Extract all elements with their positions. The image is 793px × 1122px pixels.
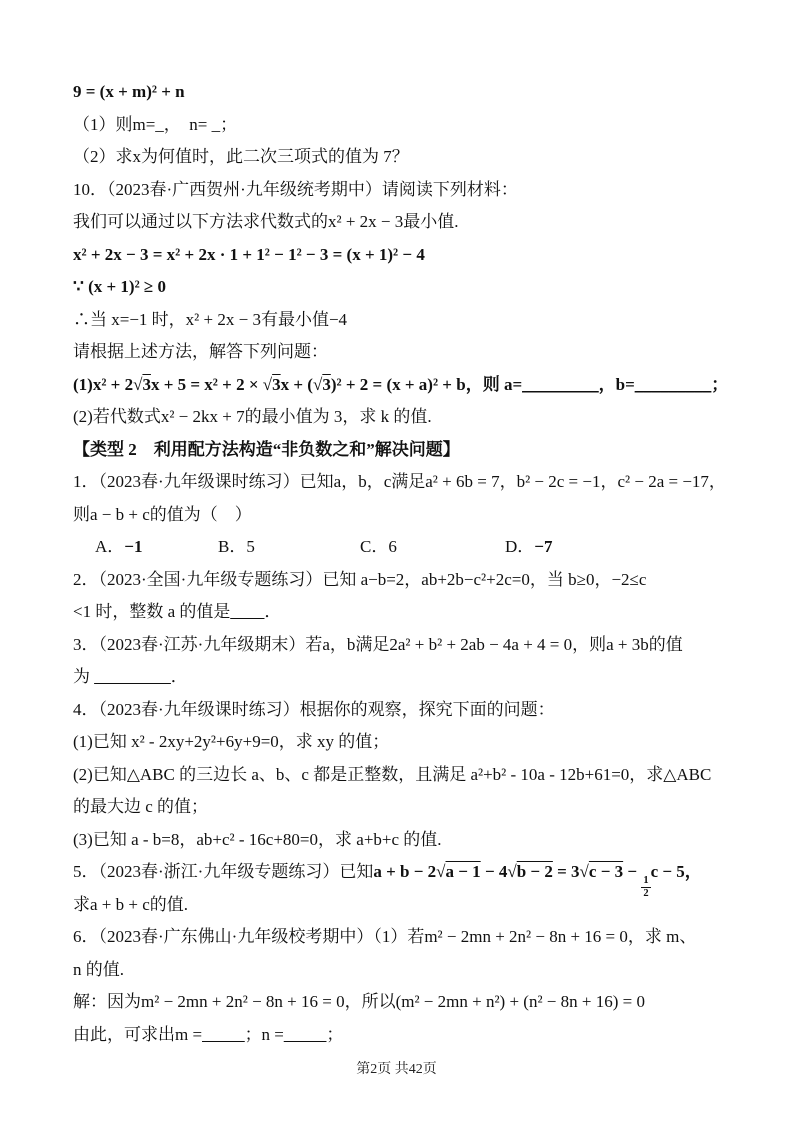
t2q6-sol2-end: ； [326,1025,343,1044]
answer-blank-m: _____ [202,1025,245,1044]
q10-because: ∵ (x + 1)² ≥ 0 [73,271,753,304]
page-number-footer: 第2页 共42页 [0,1060,793,1080]
t2q3-line2: 为 _________． [73,661,753,694]
q10-prompt: 请根据上述方法，解答下列问题： [73,336,753,369]
t2q2-line2-text: <1 时，整数 a 的值是 [73,602,230,621]
t2q5-line1: 5．（2023春·浙江·九年级专题练习）已知a + b − 2√a − 1 − … [73,856,753,889]
answer-blank: ____ [230,602,264,621]
option-a: A．−1 [95,531,218,564]
t2q5-math: a + b − 2√ [373,862,445,881]
answer-blank-n: _____ [284,1025,327,1044]
q9-part1: （1）则m=_， n= _； [73,109,753,142]
option-c: C．6 [360,531,505,564]
option-d: D．−7 [505,531,552,564]
t2q5-math: c − 5， [651,862,702,881]
t2q2-line1: 2．（2023·全国·九年级专题练习）已知 a−b=2，ab+2b−c²+2c=… [73,564,753,597]
q10-sub2: (2)若代数式x² − 2kx + 7的最小值为 3，求 k 的值. [73,401,753,434]
t2q1-line1: 1．（2023春·九年级课时练习）已知a，b，c满足a² + 6b = 7，b²… [73,466,753,499]
t2q5-math: − 4√ [481,862,517,881]
t2q3-line1: 3．（2023春·江苏·九年级期末）若a，b满足2a² + b² + 2ab −… [73,629,753,662]
t2q4-part2-line1: (2)已知△ABC 的三边长 a、b、c 都是正整数，且满足 a²+b² - 1… [73,759,753,792]
answer-blank: _________ [94,667,171,686]
t2q6-line2: n 的值. [73,954,753,987]
q10-material-intro: 我们可以通过以下方法求代数式的x² + 2x − 3最小值. [73,206,753,239]
q9-equation: 9 = (x + m)² + n [73,76,753,109]
fraction-denominator: 2 [643,888,648,900]
t2q2-line2: <1 时，整数 a 的值是____． [73,596,753,629]
t2q1-line2: 则a − b + c的值为（ ） [73,499,753,532]
option-c-value: 6 [388,537,397,556]
t2q5-math: − [623,862,641,881]
t2q4-part2-line2: 的最大边 c 的值； [73,791,753,824]
option-b-value: 5 [246,537,255,556]
t2q6-sol2-text: 由此，可求出m = [73,1025,202,1044]
t2q5-math: = 3√ [553,862,589,881]
fraction-one-half: 12 [641,875,650,900]
t2q5-line2: 求a + b + c的值. [73,889,753,922]
t2q4-part3: (3)已知 a - b=8，ab+c² - 16c+80=0，求 a+b+c 的… [73,824,753,857]
option-a-label: A． [95,537,124,556]
option-a-value: −1 [124,537,142,556]
page-content: 9 = (x + m)² + n （1）则m=_， n= _； （2）求x为何值… [73,76,753,1051]
t2q6-solution-line1: 解：因为m² − 2mn + 2n² − 8n + 16 = 0，所以(m² −… [73,986,753,1019]
option-b: B．5 [218,531,360,564]
q10-sub1-text: ； [711,375,728,394]
t2q2-line2-end: ． [264,602,281,621]
radicand: b − 2 [517,862,553,881]
answer-blank-a: _________ [522,375,599,394]
q9-part2: （2）求x为何值时，此二次三项式的值为 7？ [73,141,753,174]
t2q4-title: 4．（2023春·九年级课时练习）根据你的观察，探究下面的问题： [73,694,753,727]
option-d-value: −7 [534,537,552,556]
q10-derivation: x² + 2x − 3 = x² + 2x · 1 + 1² − 1² − 3 … [73,239,753,272]
t2q1-options-row: A．−1B．5C．6D．−7 [73,531,753,564]
radicand: c − 3 [589,862,623,881]
radicand: a − 1 [446,862,481,881]
radicand: 3 [322,375,331,394]
t2q4-part1: (1)已知 x² - 2xy+2y²+6y+9=0，求 xy 的值； [73,726,753,759]
t2q3-line2-text: 为 [73,667,94,686]
type2-heading: 【类型 2 利用配方法构造“非负数之和”解决问题】 [73,434,753,467]
q10-sub1-text: ，b= [599,375,635,394]
t2q5-intro: 5．（2023春·浙江·九年级专题练习）已知 [73,862,373,881]
q10-sub1-text: )² + 2 = (x + a)² + b，则 a= [331,375,522,394]
t2q3-line2-end: ． [171,667,188,686]
radicand: 3 [142,375,151,394]
q10-sub1-text: x + 5 = x² + 2 × √ [151,375,272,394]
t2q6-line1: 6．（2023春·广东佛山·九年级校考期中）（1）若m² − 2mn + 2n²… [73,921,753,954]
q10-sub1: (1)x² + 2√3x + 5 = x² + 2 × √3x + (√3)² … [73,369,753,402]
option-b-label: B． [218,537,246,556]
t2q6-solution-line2: 由此，可求出m =_____；n =_____； [73,1019,753,1052]
q10-sub1-text: x + (√ [281,375,323,394]
q10-therefore: ∴当 x=−1 时，x² + 2x − 3有最小值−4 [73,304,753,337]
option-c-label: C． [360,537,388,556]
q10-title: 10．（2023春·广西贺州·九年级统考期中）请阅读下列材料： [73,174,753,207]
fraction-numerator: 1 [641,875,650,888]
option-d-label: D． [505,537,534,556]
worksheet-page: 9 = (x + m)² + n （1）则m=_， n= _； （2）求x为何值… [0,0,793,1122]
answer-blank-b: _________ [635,375,712,394]
radicand: 3 [272,375,281,394]
t2q6-sol2-mid: ；n = [245,1025,284,1044]
q10-sub1-text: (1)x² + 2√ [73,375,142,394]
